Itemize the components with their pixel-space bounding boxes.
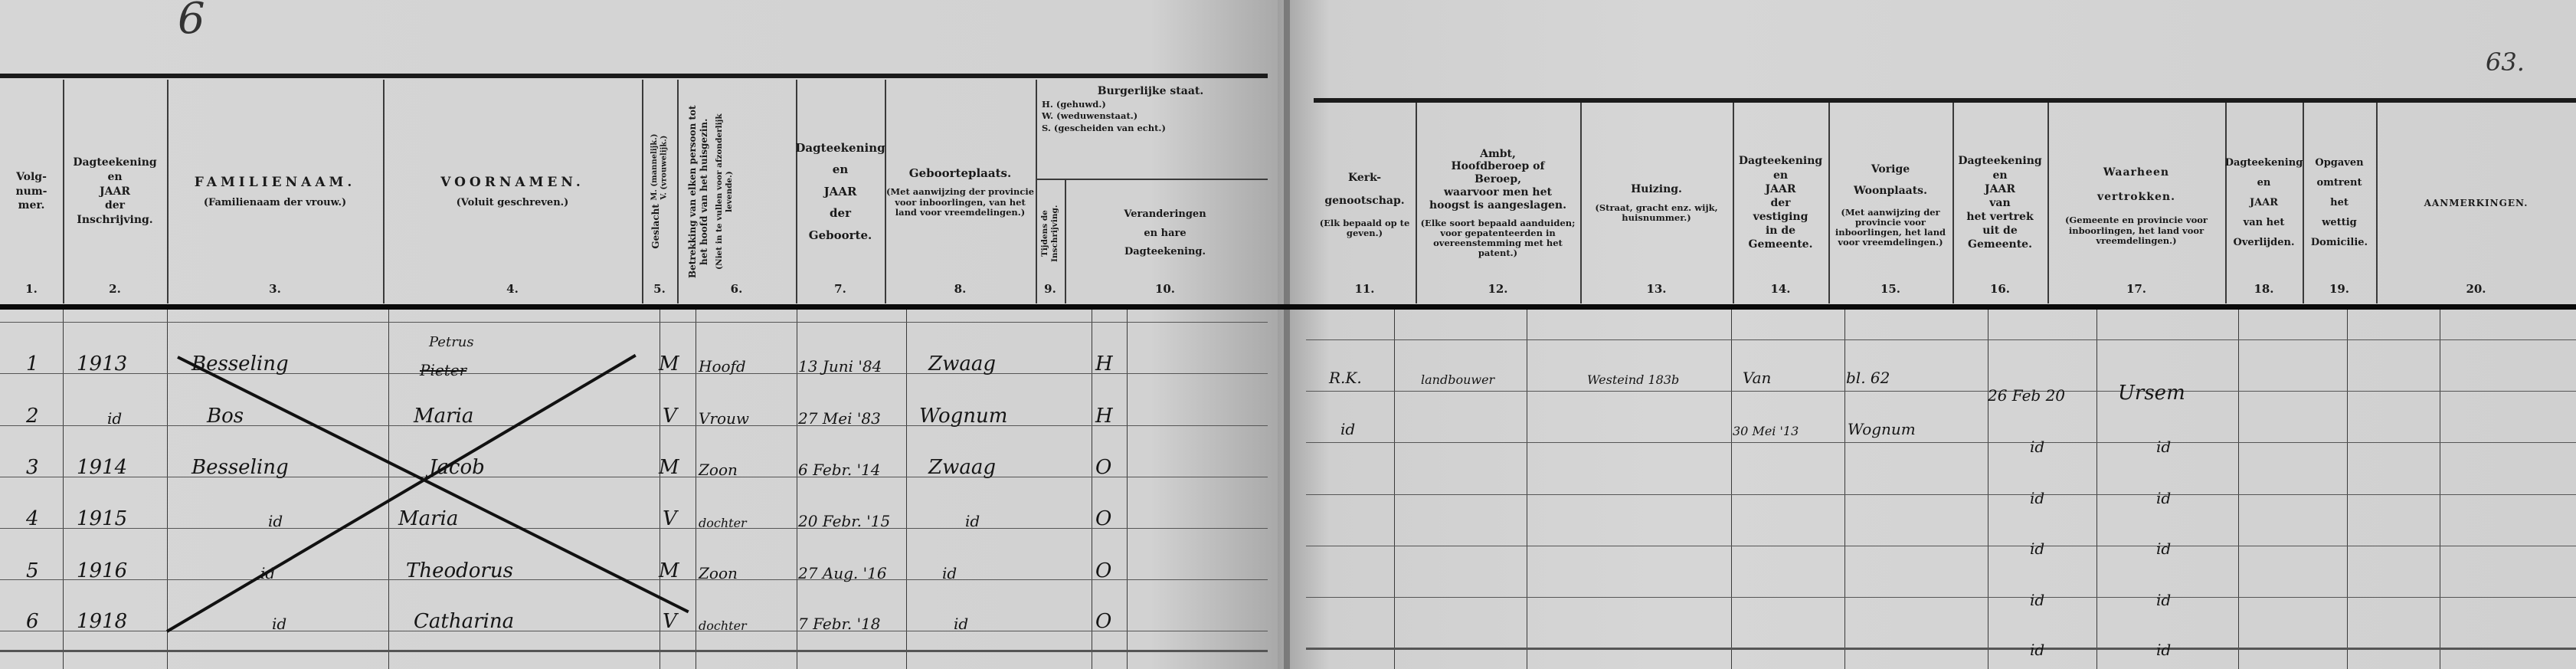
- header-huizing: Huizing. (Straat, gracht enz. wijk, huis…: [1580, 107, 1733, 299]
- voornamen-sub: (Voluit geschreven.): [457, 198, 569, 209]
- burgerlijke-staat-legend-s: S. (gescheiden van echt.): [1042, 123, 1166, 135]
- row-line: [1306, 442, 2576, 443]
- kerk-sub: (Elk bepaald op te geven.): [1314, 218, 1416, 238]
- cell-birthplace: Zwaag: [928, 337, 996, 375]
- huizing-sub: (Straat, gracht enz. wijk, huisnummer.): [1580, 203, 1733, 223]
- cell-given: Theodorus: [406, 544, 513, 582]
- cell-departed: id: [2030, 469, 2044, 507]
- col-divider: [2096, 310, 2097, 669]
- kerk-title: Kerk- genootschap.: [1324, 167, 1404, 212]
- col-divider: [388, 310, 389, 669]
- beroep-sub: (Elke soort bepaald aanduiden; voor gepa…: [1416, 218, 1580, 259]
- cell-settled: 30 Mei '13: [1733, 400, 1799, 438]
- col-num-10: 10.: [1065, 282, 1265, 296]
- cell-birth: 7 Febr. '18: [798, 595, 881, 633]
- col-divider: [1127, 310, 1128, 669]
- familienaam-title: FAMILIENAAM.: [195, 174, 356, 192]
- col-divider: [906, 310, 907, 669]
- cell-sex: M: [659, 441, 679, 479]
- cell-nr: 5: [26, 544, 39, 582]
- cell-year: 1918: [77, 595, 127, 633]
- row-line: [0, 477, 1268, 477]
- header-beroep: Ambt, Hoofdberoep of Beroep, waarvoor me…: [1416, 107, 1580, 299]
- col-num-5: 5.: [642, 282, 677, 296]
- col-num-1: 1.: [0, 282, 63, 296]
- header-domicilie: Opgaven omtrent het wettig Domicilie.: [2303, 107, 2376, 299]
- col-num-7: 7.: [796, 282, 885, 296]
- col-divider: [2347, 310, 2348, 669]
- header-tijdens-inschrijving: Tijdens de Inschrijving.: [1036, 184, 1065, 284]
- cell-departed: 26 Feb 20: [1988, 366, 2065, 405]
- header-inschrijving: Dagteekening en JAAR der Inschrijving.: [63, 84, 167, 299]
- cell-civil: O: [1095, 441, 1111, 479]
- col-num-19: 19.: [2303, 282, 2376, 296]
- cell-occupation: landbouwer: [1421, 349, 1494, 387]
- row-line: [0, 528, 1268, 529]
- cell-relation: Zoon: [699, 544, 738, 582]
- header-geslacht: Geslacht M. (mannelijk.) V. (vrouwelijk.…: [642, 84, 677, 299]
- row-line: [1306, 494, 2576, 495]
- cell-departed: id: [2030, 621, 2044, 659]
- huizing-title: Huizing.: [1631, 182, 1682, 197]
- col-num-15: 15.: [1828, 282, 1952, 296]
- cell-year: id: [107, 389, 122, 428]
- header-voornamen: VOORNAMEN. (Voluit geschreven.): [383, 84, 642, 299]
- cell-surname: id: [268, 492, 283, 530]
- vorige-sub: (Met aanwijzing der provincie voor inboo…: [1828, 208, 1952, 248]
- header-kerkgenootschap: Kerk- genootschap. (Elk bepaald op te ge…: [1314, 107, 1416, 299]
- cell-departed: id: [2030, 520, 2044, 558]
- cell-birth: 20 Febr. '15: [798, 492, 890, 530]
- cell-given: Catharina: [414, 595, 514, 633]
- col-num-3: 3.: [167, 282, 383, 296]
- col-divider: [2238, 310, 2239, 669]
- cell-destination: id: [2156, 571, 2171, 609]
- col-divider: [1844, 310, 1845, 669]
- geslacht-title: Geslacht: [650, 204, 669, 249]
- vorige-title: Vorige Woonplaats.: [1854, 159, 1927, 202]
- row-line: [0, 631, 1268, 631]
- col-num-16: 16.: [1952, 282, 2047, 296]
- left-page-mark: 6: [178, 0, 205, 44]
- header-betrekking: Betrekking van elken persoon tot het hoo…: [677, 84, 796, 299]
- header-aanmerkingen: AANMERKINGEN.: [2376, 107, 2576, 299]
- cell-relation: dochter: [699, 595, 747, 633]
- cell-relation: Hoofd: [699, 337, 746, 375]
- cell-birthplace: Zwaag: [928, 441, 996, 479]
- cell-civil: H: [1095, 389, 1113, 428]
- cell-destination: id: [2156, 418, 2171, 456]
- row-line: [1306, 339, 2576, 340]
- col-divider: [1988, 310, 1988, 669]
- cell-given: Maria: [414, 389, 473, 428]
- cell-civil: O: [1095, 544, 1111, 582]
- col-num-20: 20.: [2376, 282, 2576, 296]
- betrekking-title: Betrekking van elken persoon tot het hoo…: [687, 103, 710, 280]
- header-veranderingen: Veranderingen en hare Dagteekening.: [1065, 184, 1265, 284]
- betrekking-sub: (Niet in te vullen voor afzonderlijk lev…: [715, 103, 735, 280]
- col-divider: [167, 310, 168, 669]
- header-geboorte: Dagteekening en JAAR der Geboorte.: [796, 84, 885, 299]
- cell-relation: dochter: [699, 492, 747, 530]
- geboorteplaats-title: Geboorteplaats.: [909, 166, 1011, 181]
- cell-sex: M: [659, 337, 679, 375]
- cell-destination: id: [2156, 621, 2171, 659]
- burgerlijke-staat-title: Burgerlijke staat.: [1098, 84, 1203, 99]
- cell-birth: 27 Aug. '16: [798, 544, 887, 582]
- cell-destination: Ursem: [2118, 366, 2185, 405]
- cell-relation: Zoon: [699, 441, 738, 479]
- cell-surname: id: [272, 595, 286, 633]
- col-divider: [63, 310, 64, 669]
- header-overlijden: Dagteekening en JAAR van het Overlijden.: [2225, 107, 2303, 299]
- col-num-17: 17.: [2047, 282, 2225, 296]
- cell-prev-residence: Wognum: [1848, 400, 1916, 438]
- row-line: [1306, 648, 2576, 650]
- col-num-8: 8.: [885, 282, 1036, 296]
- cell-civil: O: [1095, 595, 1111, 633]
- row-line: [0, 425, 1268, 426]
- row-line: [0, 373, 1268, 374]
- row-line: [0, 650, 1268, 652]
- burgerlijke-staat-legend-h: H. (gehuwd.): [1042, 99, 1106, 111]
- header-top-rule-left: [0, 74, 1268, 78]
- burgerlijke-staat-legend-w: W. (weduwenstaat.): [1042, 110, 1137, 123]
- col-num-12: 12.: [1416, 282, 1580, 296]
- col-num-4: 4.: [383, 282, 642, 296]
- cell-relation: Vrouw: [699, 389, 749, 428]
- header-vestiging: Dagteekening en JAAR der vestiging in de…: [1733, 107, 1828, 299]
- cell-destination: id: [2156, 469, 2171, 507]
- burgerlijke-staat-divider: [1036, 179, 1268, 180]
- geslacht-sub: M. (mannelijk.) V. (vrouwelijk.): [650, 134, 669, 201]
- cell-birthplace: id: [954, 595, 968, 633]
- cell-given: Maria: [398, 492, 458, 530]
- col-num-13: 13.: [1580, 282, 1733, 296]
- col-divider: [797, 310, 797, 669]
- col-num-11: 11.: [1314, 282, 1416, 296]
- header-burgerlijke-staat: Burgerlijke staat. H. (gehuwd.) W. (wedu…: [1036, 84, 1265, 176]
- book-spine: [1284, 0, 1290, 669]
- cell-house: Westeind 183b: [1587, 349, 1679, 387]
- header-familienaam: FAMILIENAAM. (Familienaam der vrouw.): [167, 84, 383, 299]
- right-page-number: 63.: [2486, 48, 2525, 77]
- col-divider: [1731, 310, 1732, 669]
- cell-birth: 27 Mei '83: [798, 389, 881, 428]
- col-num-2: 2.: [63, 282, 167, 296]
- cell-birthplace: id: [965, 492, 980, 530]
- col-num-6: 6.: [677, 282, 796, 296]
- voornamen-title: VOORNAMEN.: [440, 174, 584, 192]
- geboorteplaats-sub: (Met aanwijzing der provincie voor inboo…: [885, 187, 1036, 218]
- cell-nr: 4: [26, 492, 39, 530]
- cell-nr: 6: [26, 595, 39, 633]
- row-line: [1306, 546, 2576, 546]
- cell-church: id: [1340, 400, 1355, 438]
- cell-civil: H: [1095, 337, 1113, 375]
- cell-birthplace: Wognum: [919, 389, 1007, 428]
- header-geboorteplaats: Geboorteplaats. (Met aanwijzing der prov…: [885, 84, 1036, 299]
- col-num-9: 9.: [1036, 282, 1065, 296]
- cell-birth: 13 Juni '84: [798, 337, 882, 375]
- cell-nr: 1: [26, 337, 39, 375]
- cell-year: 1913: [77, 337, 127, 375]
- cell-year: 1914: [77, 441, 127, 479]
- header-waarheen: Waarheen vertrokken. (Gemeente en provin…: [2047, 107, 2225, 299]
- cell-settled: Van: [1743, 349, 1771, 387]
- header-data-separator: [0, 304, 2576, 310]
- familienaam-sub: (Familienaam der vrouw.): [204, 198, 346, 209]
- cell-surname: Bos: [207, 389, 244, 428]
- cell-civil: O: [1095, 492, 1111, 530]
- header-vertrek: Dagteekening en JAAR van het vertrek uit…: [1952, 107, 2047, 299]
- cell-prev-residence: bl. 62: [1846, 349, 1890, 387]
- cell-sex: V: [663, 492, 677, 530]
- cell-birthplace: id: [942, 544, 957, 582]
- cell-sex: V: [663, 389, 677, 428]
- cell-destination: id: [2156, 520, 2171, 558]
- header-top-rule-right: [1314, 98, 2576, 103]
- cell-given-struck: Pieter: [420, 341, 466, 379]
- waarheen-title: Waarheen vertrokken.: [2097, 160, 2175, 209]
- col-num-14: 14.: [1733, 282, 1828, 296]
- waarheen-sub: (Gemeente en provincie voor inboorlingen…: [2047, 215, 2225, 246]
- cell-year: 1916: [77, 544, 127, 582]
- cell-year: 1915: [77, 492, 127, 530]
- row-line: [0, 579, 1268, 580]
- row-line: [1306, 391, 2576, 392]
- cell-nr: 3: [26, 441, 39, 479]
- cell-nr: 2: [26, 389, 39, 428]
- cell-sex: M: [659, 544, 679, 582]
- col-num-18: 18.: [2225, 282, 2303, 296]
- col-divider: [1527, 310, 1527, 669]
- header-volgnummer: Volg- num- mer.: [0, 84, 63, 299]
- cell-departed: id: [2030, 571, 2044, 609]
- col-divider: [696, 310, 696, 669]
- cell-church: R.K.: [1329, 349, 1362, 387]
- header-vorige-woonplaats: Vorige Woonplaats. (Met aanwijzing der p…: [1828, 107, 1952, 299]
- row-line: [0, 322, 1268, 323]
- cell-departed: id: [2030, 418, 2044, 456]
- tijdens-title: Tijdens de Inschrijving.: [1040, 188, 1060, 280]
- beroep-title: Ambt, Hoofdberoep of Beroep, waarvoor me…: [1429, 148, 1566, 212]
- col-divider: [1092, 310, 1092, 669]
- col-divider: [1394, 310, 1395, 669]
- col-divider: [2440, 310, 2440, 669]
- cell-surname: Besseling: [191, 441, 289, 479]
- row-line: [1306, 597, 2576, 598]
- cell-birth: 6 Febr. '14: [798, 441, 881, 479]
